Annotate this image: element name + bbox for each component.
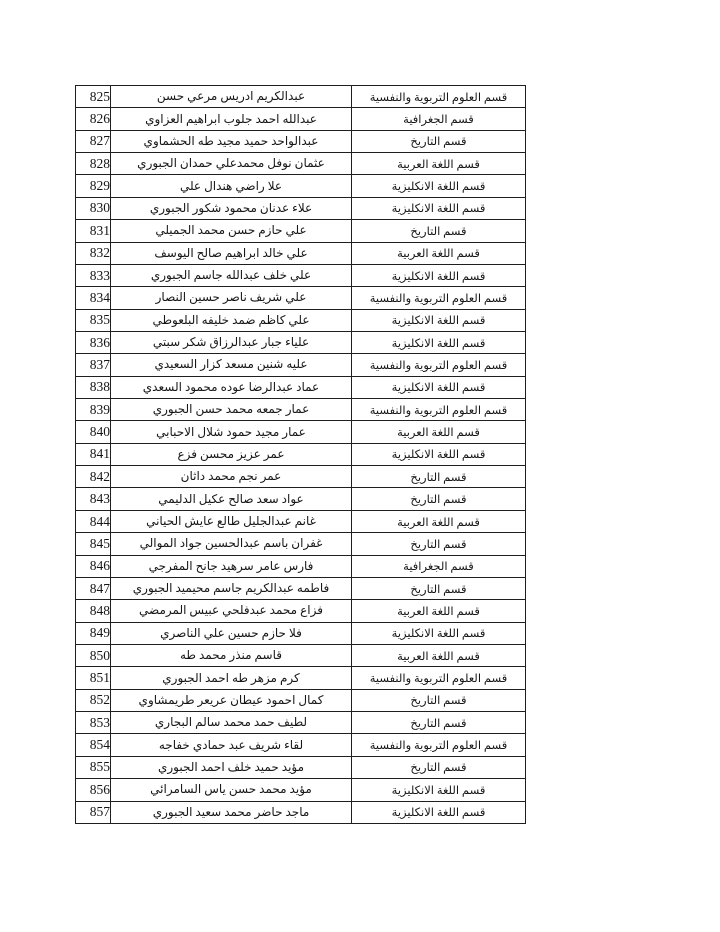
serial-cell: 837 — [76, 354, 111, 376]
department-cell: قسم التاريخ — [352, 220, 526, 242]
scanned-document-page: 825عبدالكريم ادريس مرعي حسنقسم العلوم ال… — [0, 0, 720, 932]
table-row: 843عواد سعد صالح عكيل الدليميقسم التاريخ — [76, 488, 526, 510]
serial-cell: 832 — [76, 242, 111, 264]
name-cell: فزاع محمد عبدفلحي عبيس المرمضي — [111, 600, 352, 622]
department-cell: قسم اللغة الانكليزية — [352, 197, 526, 219]
table-row: 841عمر عزيز محسن فزعقسم اللغة الانكليزية — [76, 443, 526, 465]
table-row: 837عليه شنين مسعد كزار السعيديقسم العلوم… — [76, 354, 526, 376]
serial-cell: 839 — [76, 399, 111, 421]
table-row: 853لطيف حمد محمد سالم البجاريقسم التاريخ — [76, 712, 526, 734]
name-cell: مؤيد حميد خلف احمد الجبوري — [111, 756, 352, 778]
name-cell: لطيف حمد محمد سالم البجاري — [111, 712, 352, 734]
table-row: 846فارس عامر سرهيد جانح المفرجيقسم الجغر… — [76, 555, 526, 577]
name-cell: لقاء شريف عبد حمادي خفاجه — [111, 734, 352, 756]
serial-cell: 830 — [76, 197, 111, 219]
table-row: 832علي خالد ابراهيم صالح اليوسفقسم اللغة… — [76, 242, 526, 264]
serial-cell: 851 — [76, 667, 111, 689]
department-cell: قسم اللغة العربية — [352, 242, 526, 264]
department-cell: قسم اللغة الانكليزية — [352, 779, 526, 801]
name-cell: عثمان نوفل محمدعلي حمدان الجبوري — [111, 153, 352, 175]
department-cell: قسم الجغرافية — [352, 108, 526, 130]
table-row: 842عمر نجم محمد داثانقسم التاريخ — [76, 466, 526, 488]
department-cell: قسم اللغة الانكليزية — [352, 264, 526, 286]
department-cell: قسم التاريخ — [352, 130, 526, 152]
serial-cell: 852 — [76, 689, 111, 711]
serial-cell: 834 — [76, 287, 111, 309]
department-cell: قسم اللغة الانكليزية — [352, 309, 526, 331]
name-cell: فلا حازم حسين علي الناصري — [111, 622, 352, 644]
department-cell: قسم العلوم التربوية والنفسية — [352, 86, 526, 108]
table-row: 825عبدالكريم ادريس مرعي حسنقسم العلوم ال… — [76, 86, 526, 108]
name-cell: غفران باسم عبدالحسين جواد الموالي — [111, 533, 352, 555]
name-cell: علي حازم حسن محمد الجميلي — [111, 220, 352, 242]
department-cell: قسم اللغة الانكليزية — [352, 801, 526, 823]
name-cell: علياء جبار عبدالرزاق شكر سبتي — [111, 331, 352, 353]
name-cell: علي خلف عبدالله جاسم الجبوري — [111, 264, 352, 286]
name-cell: علي خالد ابراهيم صالح اليوسف — [111, 242, 352, 264]
name-cell: غانم عبدالجليل طالع عايش الحياني — [111, 510, 352, 532]
department-cell: قسم التاريخ — [352, 533, 526, 555]
name-cell: عمار جمعه محمد حسن الجبوري — [111, 399, 352, 421]
table-row: 848فزاع محمد عبدفلحي عبيس المرمضيقسم الل… — [76, 600, 526, 622]
name-cell: كرم مزهر طه احمد الجبوري — [111, 667, 352, 689]
department-cell: قسم الجغرافية — [352, 555, 526, 577]
name-cell: عمر عزيز محسن فزع — [111, 443, 352, 465]
table-row: 850قاسم منذر محمد طهقسم اللغة العربية — [76, 644, 526, 666]
department-cell: قسم اللغة الانكليزية — [352, 175, 526, 197]
serial-cell: 842 — [76, 466, 111, 488]
serial-cell: 831 — [76, 220, 111, 242]
department-cell: قسم اللغة العربية — [352, 644, 526, 666]
serial-cell: 827 — [76, 130, 111, 152]
name-cell: عبدالكريم ادريس مرعي حسن — [111, 86, 352, 108]
table-row: 834علي شريف ناصر حسين النصارقسم العلوم ا… — [76, 287, 526, 309]
table-row: 855مؤيد حميد خلف احمد الجبوريقسم التاريخ — [76, 756, 526, 778]
serial-cell: 826 — [76, 108, 111, 130]
table-row: 827عبدالواحد حميد مجيد طه الحشماويقسم ال… — [76, 130, 526, 152]
name-cell: كمال احمود عيطان عريعر طريمشاوي — [111, 689, 352, 711]
serial-cell: 857 — [76, 801, 111, 823]
department-cell: قسم التاريخ — [352, 756, 526, 778]
department-cell: قسم التاريخ — [352, 466, 526, 488]
name-cell: عماد عبدالرضا عوده محمود السعدي — [111, 376, 352, 398]
name-cell: عليه شنين مسعد كزار السعيدي — [111, 354, 352, 376]
department-cell: قسم العلوم التربوية والنفسية — [352, 734, 526, 756]
name-cell: عمر نجم محمد داثان — [111, 466, 352, 488]
table-row: 831علي حازم حسن محمد الجميليقسم التاريخ — [76, 220, 526, 242]
name-cell: عمار مجيد حمود شلال الاحبابي — [111, 421, 352, 443]
table-row: 830علاء عدنان محمود شكور الجبوريقسم اللغ… — [76, 197, 526, 219]
department-cell: قسم اللغة الانكليزية — [352, 331, 526, 353]
table-row: 851كرم مزهر طه احمد الجبوريقسم العلوم ال… — [76, 667, 526, 689]
serial-cell: 843 — [76, 488, 111, 510]
department-cell: قسم العلوم التربوية والنفسية — [352, 287, 526, 309]
name-cell: علاء عدنان محمود شكور الجبوري — [111, 197, 352, 219]
department-cell: قسم التاريخ — [352, 712, 526, 734]
roster-body: 825عبدالكريم ادريس مرعي حسنقسم العلوم ال… — [76, 86, 526, 824]
department-cell: قسم العلوم التربوية والنفسية — [352, 354, 526, 376]
name-cell: فاطمه عبدالكريم جاسم محيميد الجبوري — [111, 577, 352, 599]
serial-cell: 849 — [76, 622, 111, 644]
department-cell: قسم اللغة الانكليزية — [352, 622, 526, 644]
table-row: 839عمار جمعه محمد حسن الجبوريقسم العلوم … — [76, 399, 526, 421]
table-row: 849فلا حازم حسين علي الناصريقسم اللغة ال… — [76, 622, 526, 644]
name-cell: فارس عامر سرهيد جانح المفرجي — [111, 555, 352, 577]
name-cell: قاسم منذر محمد طه — [111, 644, 352, 666]
table-row: 847فاطمه عبدالكريم جاسم محيميد الجبوريقس… — [76, 577, 526, 599]
department-cell: قسم العلوم التربوية والنفسية — [352, 667, 526, 689]
table-row: 833علي خلف عبدالله جاسم الجبوريقسم اللغة… — [76, 264, 526, 286]
name-cell: ماجد حاضر محمد سعيد الجبوري — [111, 801, 352, 823]
table-row: 857ماجد حاضر محمد سعيد الجبوريقسم اللغة … — [76, 801, 526, 823]
serial-cell: 844 — [76, 510, 111, 532]
department-cell: قسم التاريخ — [352, 689, 526, 711]
serial-cell: 854 — [76, 734, 111, 756]
name-cell: علا راضي هندال علي — [111, 175, 352, 197]
roster-table: 825عبدالكريم ادريس مرعي حسنقسم العلوم ال… — [75, 85, 526, 824]
table-row: 838عماد عبدالرضا عوده محمود السعديقسم ال… — [76, 376, 526, 398]
table-row: 854لقاء شريف عبد حمادي خفاجهقسم العلوم ا… — [76, 734, 526, 756]
department-cell: قسم اللغة الانكليزية — [352, 443, 526, 465]
table-row: 840عمار مجيد حمود شلال الاحبابيقسم اللغة… — [76, 421, 526, 443]
serial-cell: 833 — [76, 264, 111, 286]
table-row: 845غفران باسم عبدالحسين جواد المواليقسم … — [76, 533, 526, 555]
serial-cell: 838 — [76, 376, 111, 398]
department-cell: قسم اللغة العربية — [352, 510, 526, 532]
department-cell: قسم اللغة العربية — [352, 153, 526, 175]
name-cell: علي شريف ناصر حسين النصار — [111, 287, 352, 309]
serial-cell: 841 — [76, 443, 111, 465]
serial-cell: 855 — [76, 756, 111, 778]
table-row: 835علي كاظم ضمد خليفه البلعوطيقسم اللغة … — [76, 309, 526, 331]
serial-cell: 848 — [76, 600, 111, 622]
name-cell: مؤيد محمد حسن ياس السامرائي — [111, 779, 352, 801]
table-row: 836علياء جبار عبدالرزاق شكر سبتيقسم اللغ… — [76, 331, 526, 353]
serial-cell: 845 — [76, 533, 111, 555]
serial-cell: 846 — [76, 555, 111, 577]
table-row: 826عبدالله احمد جلوب ابراهيم العزاويقسم … — [76, 108, 526, 130]
department-cell: قسم التاريخ — [352, 577, 526, 599]
serial-cell: 835 — [76, 309, 111, 331]
name-cell: عبدالله احمد جلوب ابراهيم العزاوي — [111, 108, 352, 130]
department-cell: قسم اللغة العربية — [352, 600, 526, 622]
serial-cell: 853 — [76, 712, 111, 734]
department-cell: قسم العلوم التربوية والنفسية — [352, 399, 526, 421]
serial-cell: 840 — [76, 421, 111, 443]
table-row: 856مؤيد محمد حسن ياس السامرائيقسم اللغة … — [76, 779, 526, 801]
serial-cell: 847 — [76, 577, 111, 599]
serial-cell: 836 — [76, 331, 111, 353]
name-cell: عواد سعد صالح عكيل الدليمي — [111, 488, 352, 510]
name-cell: عبدالواحد حميد مجيد طه الحشماوي — [111, 130, 352, 152]
table-row: 829علا راضي هندال عليقسم اللغة الانكليزي… — [76, 175, 526, 197]
serial-cell: 829 — [76, 175, 111, 197]
table-row: 852كمال احمود عيطان عريعر طريمشاويقسم ال… — [76, 689, 526, 711]
serial-cell: 828 — [76, 153, 111, 175]
table-row: 844غانم عبدالجليل طالع عايش الحيانيقسم ا… — [76, 510, 526, 532]
department-cell: قسم اللغة الانكليزية — [352, 376, 526, 398]
serial-cell: 856 — [76, 779, 111, 801]
department-cell: قسم التاريخ — [352, 488, 526, 510]
department-cell: قسم اللغة العربية — [352, 421, 526, 443]
serial-cell: 825 — [76, 86, 111, 108]
table-row: 828عثمان نوفل محمدعلي حمدان الجبوريقسم ا… — [76, 153, 526, 175]
serial-cell: 850 — [76, 644, 111, 666]
name-cell: علي كاظم ضمد خليفه البلعوطي — [111, 309, 352, 331]
